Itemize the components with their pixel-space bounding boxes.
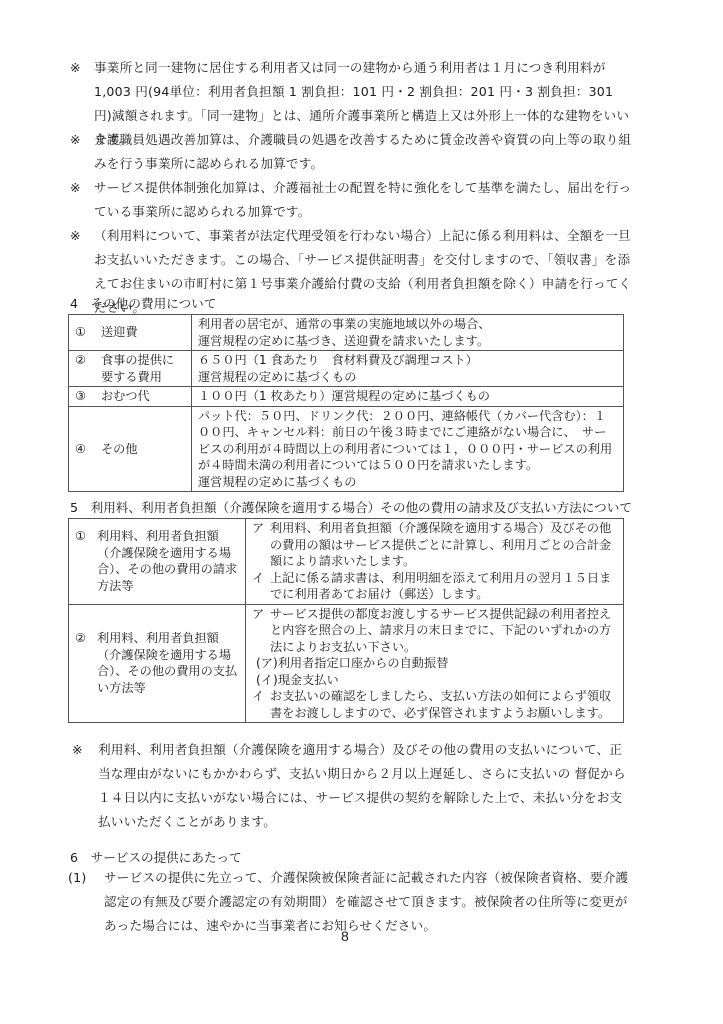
table-row: ①利用料、利用者負担額（介護保険を適用する場合）、その他の費用の請求方法等 ア利… [69, 519, 624, 605]
billing-payment-table: ①利用料、利用者負担額（介護保険を適用する場合）、その他の費用の請求方法等 ア利… [68, 518, 624, 723]
section-6-heading: 6 サービスの提供にあたって [70, 848, 242, 868]
fee-description: 利用者の居宅が、通常の事業の実施地域以外の場合、運営規程の定めに基づき、送迎費を… [192, 315, 624, 351]
list-item: ア利用料、利用者負担額（介護保険を適用する場合）及びその他の費用の額はサービス提… [252, 520, 618, 570]
payment-description: アサービス提供の都度お渡しするサービス提供記録の利用者控えと内容を照合の上、請求… [246, 604, 624, 723]
other-fees-table: ①送迎費 利用者の居宅が、通常の事業の実施地域以外の場合、運営規程の定めに基づき… [68, 314, 624, 492]
table-row: ④その他 パット代：５０円、ドリンク代：２００円、連絡帳代（カバー代含む）：１０… [69, 406, 624, 492]
table-row: ②食事の提供に要する費用 ６５０円（1 食あたり 食材料費及び調理コスト）運営規… [69, 351, 624, 387]
table-row: ②利用料、利用者負担額（介護保険を適用する場合）、その他の費用の支払い方法等 ア… [69, 604, 624, 723]
fee-description: １００円（1 枚あたり）運営規程の定めに基づくもの [192, 387, 624, 407]
note-service-system-addition: ※ サービス提供体制強化加算は、介護福祉士の配置を特に強化をして基準を満たし、届… [70, 176, 635, 224]
list-item: (ア)利用者指定口座からの自動振替 [252, 655, 618, 672]
fee-label: ①送迎費 [69, 315, 192, 351]
note-care-staff-addition: ※ 介護職員処遇改善加算は、介護職員の処遇を改善するために賃金改善や資質の向上等… [70, 128, 635, 176]
note-mark: ※ [70, 224, 90, 248]
list-item: (イ)現金支払い [252, 672, 618, 689]
fee-label: ③おむつ代 [69, 387, 192, 407]
note-mark: ※ [70, 56, 90, 80]
note-text: サービス提供体制強化加算は、介護福祉士の配置を特に強化をして基準を満たし、届出を… [94, 176, 635, 224]
note-mark: ※ [72, 738, 92, 762]
note-late-payment: ※ 利用料、利用者負担額（介護保険を適用する場合）及びその他の費用の支払いについ… [72, 738, 632, 834]
list-item: イ上記に係る請求書は、利用明細を添えて利用月の翌月１５日までに利用者あてお届け（… [252, 570, 618, 603]
item-number: (1) [68, 866, 96, 890]
fee-label: ④その他 [69, 406, 192, 492]
note-text: 利用料、利用者負担額（介護保険を適用する場合）及びその他の費用の支払いについて、… [98, 738, 632, 834]
section-5-heading: 5 利用料、利用者負担額（介護保険を適用する場合）その他の費用の請求及び支払い方… [70, 498, 632, 518]
page-number: 8 [341, 928, 349, 944]
section-4-heading: 4 その他の費用について [70, 294, 216, 314]
fee-description: パット代：５０円、ドリンク代：２００円、連絡帳代（カバー代含む）：１００円、キャ… [192, 406, 624, 492]
list-item: アサービス提供の都度お渡しするサービス提供記録の利用者控えと内容を照合の上、請求… [252, 606, 618, 656]
payment-label: ②利用料、利用者負担額（介護保険を適用する場合）、その他の費用の支払い方法等 [69, 604, 246, 723]
note-text: 介護職員処遇改善加算は、介護職員の処遇を改善するために賃金改善や資質の向上等の取… [94, 128, 635, 176]
billing-label: ①利用料、利用者負担額（介護保険を適用する場合）、その他の費用の請求方法等 [69, 519, 246, 605]
table-row: ③おむつ代 １００円（1 枚あたり）運営規程の定めに基づくもの [69, 387, 624, 407]
billing-description: ア利用料、利用者負担額（介護保険を適用する場合）及びその他の費用の額はサービス提… [246, 519, 624, 605]
fee-label: ②食事の提供に要する費用 [69, 351, 192, 387]
table-row: ①送迎費 利用者の居宅が、通常の事業の実施地域以外の場合、運営規程の定めに基づき… [69, 315, 624, 351]
fee-description: ６５０円（1 食あたり 食材料費及び調理コスト）運営規程の定めに基づくもの [192, 351, 624, 387]
note-mark: ※ [70, 176, 90, 200]
list-item: イお支払いの確認をしましたら、支払い方法の如何によらず領収書をお渡ししますので、… [252, 688, 618, 721]
note-mark: ※ [70, 128, 90, 152]
item-text: サービスの提供に先立って、介護保険被保険者証に記載された内容（被保険者資格、要介… [104, 866, 638, 938]
section-6-item-1: (1) サービスの提供に先立って、介護保険被保険者証に記載された内容（被保険者資… [68, 866, 638, 938]
